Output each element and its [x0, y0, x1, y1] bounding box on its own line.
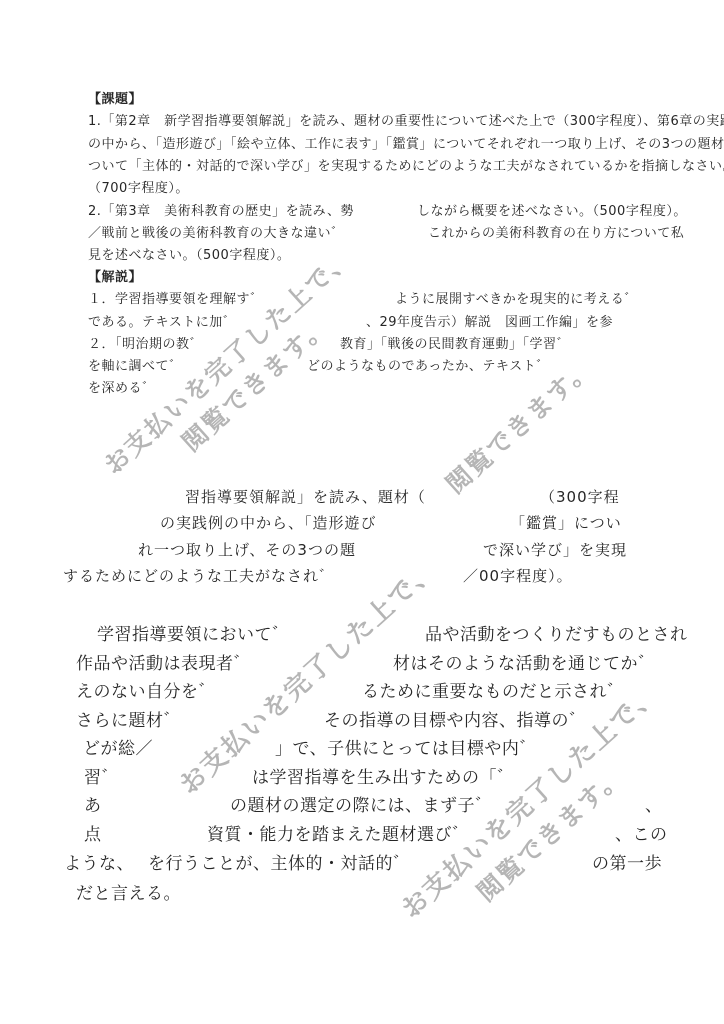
preview-answer-line: 材はそのような活動を通じてか゛ — [393, 649, 656, 674]
preview-answer-line: えのない自分を゛ — [76, 677, 216, 702]
kaisetsu-line: 、29年度告示）解説 図画工作編」を参 — [366, 311, 613, 330]
kaisetsu-line: 教育」「戦後の民間教育運動」「学習゛ — [340, 333, 570, 352]
preview-answer-line: その指導の目標や内容、指導の゛ — [324, 706, 587, 731]
kadai-q2-line: しながら概要を述べなさい。（500字程度）。 — [417, 200, 687, 219]
kaisetsu-line: ２．「明治期の教゛ — [88, 333, 203, 352]
preview-question-line: 習指導要領解説」を読み、題材（ — [185, 486, 426, 507]
kaisetsu-line: である。テキストに加゛ — [88, 311, 236, 330]
preview-question-line: するためにどのような工夫がなされ゛ — [63, 565, 335, 586]
preview-question-line: （300字程 — [540, 486, 620, 507]
kadai-q2-line: ／戦前と戦後の美術科教育の大きな違い゛ — [88, 222, 345, 241]
preview-answer-line: の題材の選定の際には、まず子゛ — [230, 791, 493, 816]
kadai-q2-line: これからの美術科教育の在り方について私 — [428, 222, 684, 241]
preview-answer-line: を行うことが、主体的・対話的゛ — [148, 849, 411, 874]
kaisetsu-line: ように展開すべきかを現実的に考える゛ — [395, 288, 638, 307]
preview-answer-line: だと言える。 — [76, 879, 181, 904]
kadai-q2-line: 見を述べなさい。（500字程度）。 — [88, 244, 290, 263]
preview-answer-line: 作品や活動は表現者゛ — [76, 649, 251, 674]
preview-answer-line: るために重要なものだと示され゛ — [362, 677, 625, 702]
kadai-q1-line: の中から、「造形遊び」「絵や立体、工作に表す」「鑑賞」についてそれぞれ一つ取り上… — [88, 133, 724, 152]
kadai-q1-line: 1.「第2章 新学習指導要領解説」を読み、題材の重要性について述べた上で（300… — [88, 110, 724, 129]
preview-answer-line: 、 — [645, 791, 663, 816]
preview-question-line: れ一つ取り上げ、その3つの題 — [138, 539, 356, 560]
kaisetsu-line: を軸に調べて゛ — [88, 355, 183, 374]
preview-answer-line: 資質・能力を踏まえた題材選び゛ — [207, 820, 470, 845]
preview-answer-line: は学習指導を生み出すための「゛ — [252, 763, 515, 788]
kadai-q1-line: （700字程度）。 — [88, 177, 189, 196]
section-heading-kadai: 【課題】 — [88, 88, 142, 107]
preview-answer-line: の第一歩 — [592, 849, 662, 874]
preview-answer-line: ような、 — [64, 849, 134, 874]
preview-answer-line: 、この — [615, 820, 668, 845]
preview-answer-line: 習゛ — [84, 763, 119, 788]
preview-answer-line: 学習指導要領において゛ — [97, 620, 290, 645]
kaisetsu-line: どのようなものであったか、テキスト゛ — [307, 355, 550, 374]
kadai-q2-line: 2.「第3章 美術科教育の歴史」を読み、勢 — [88, 200, 354, 219]
preview-question-line: ／00字程度）。 — [463, 565, 573, 586]
preview-answer-line: どが総／ — [83, 734, 153, 759]
preview-answer-line: 品や活動をつくりだすものとされ — [425, 620, 688, 645]
preview-answer-line: 点 — [84, 820, 102, 845]
preview-question-line: で深い学び」を実現 — [483, 539, 627, 560]
preview-answer-line: あ — [84, 791, 102, 816]
preview-answer-line: 」で、子供にとっては目標や内゛ — [275, 734, 537, 759]
preview-answer-line: さらに題材゛ — [76, 706, 181, 731]
kadai-q1-line: ついて「主体的・対話的で深い学び」を実現するためにどのような工夫がなされているか… — [88, 155, 724, 174]
preview-question-line: 「鑑賞」につい — [510, 512, 622, 533]
kaisetsu-line: １．学習指導要領を理解す゛ — [88, 288, 264, 307]
document-page: お支払いを完了した上で、 閲覧できます。 閲覧できます。 お支払いを完了した上で… — [0, 0, 724, 1024]
kaisetsu-line: を深める゛ — [88, 377, 156, 396]
section-heading-kaisetsu: 【解説】 — [88, 266, 142, 285]
preview-question-line: の実践例の中から、「造形遊び — [160, 512, 377, 533]
